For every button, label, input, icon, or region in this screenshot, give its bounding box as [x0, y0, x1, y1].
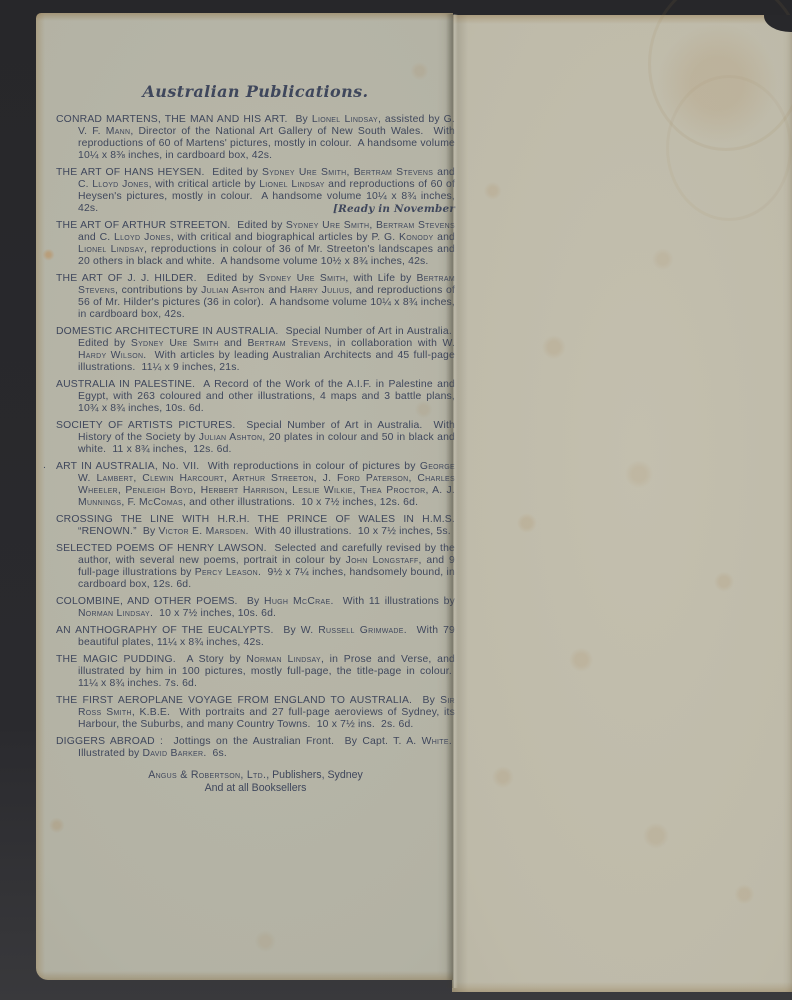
name-small-caps: Julian Ashton	[201, 285, 265, 296]
body-text: . With 11 illustrations by	[330, 596, 455, 607]
name-small-caps: Hugh McCrae	[264, 596, 330, 607]
name-small-caps: Lionel Lindsay	[259, 179, 325, 190]
catalog-entry: COLOMBINE, AND OTHER POEMS. By Hugh McCr…	[56, 596, 455, 620]
body-text: , with Life by	[345, 273, 416, 284]
catalog-entry: SELECTED POEMS OF HENRY LAWSON. Selected…	[56, 543, 455, 591]
body-text: and	[265, 285, 290, 296]
name-small-caps: Russell Grimwade	[318, 625, 404, 636]
body-text: THE ART OF ARTHUR STREETON. Edited by	[56, 220, 286, 231]
body-text: COLOMBINE, AND OTHER POEMS. By	[56, 596, 264, 607]
body-text: , contributions by	[115, 285, 201, 296]
page-fold	[446, 14, 458, 988]
body-text: , Publishers, Sydney	[266, 769, 363, 781]
ready-in-november-note: [Ready in November	[333, 203, 455, 215]
body-text: THE MAGIC PUDDING. A Story by	[56, 654, 246, 665]
name-small-caps: John Longstaff	[346, 555, 419, 566]
catalog-entry: THE ART OF J. J. HILDER. Edited by Sydne…	[56, 273, 455, 321]
name-small-caps: Victor E. Marsden	[158, 526, 245, 537]
name-small-caps: Munnings	[78, 497, 121, 508]
body-text: and	[219, 338, 248, 349]
body-text: . With 40 illustrations. 10 x 7½ inches,…	[246, 526, 451, 537]
body-text: , K.B.E. With portraits and 27 full-page…	[78, 707, 455, 730]
name-small-caps: Norman Lindsay	[78, 608, 150, 619]
catalog-entry: DOMESTIC ARCHITECTURE IN AUSTRALIA. Spec…	[56, 326, 455, 374]
body-text: , and other illustrations. 10 x 7½ inche…	[183, 497, 418, 508]
publisher-footer: Angus & Robertson, Ltd., Publishers, Syd…	[56, 769, 455, 795]
name-small-caps: Bertram Stevens	[247, 338, 328, 349]
body-text: THE ART OF J. J. HILDER. Edited by	[56, 273, 259, 284]
name-small-caps: Sydney Ure Smith	[259, 273, 346, 284]
body-text: and C.	[78, 232, 114, 243]
name-small-caps: Angus & Robertson, Ltd.	[148, 769, 266, 781]
name-small-caps: Hardy Wilson	[78, 350, 143, 361]
name-small-caps: Norman Lindsay	[246, 654, 321, 665]
catalog-entry: THE MAGIC PUDDING. A Story by Norman Lin…	[56, 654, 455, 690]
catalog-entry: CONRAD MARTENS, THE MAN AND HIS ART. By …	[56, 114, 455, 162]
catalog-entry: THE ART OF ARTHUR STREETON. Edited by Sy…	[56, 220, 455, 268]
body-text: THE ART OF HANS HEYSEN. Edited by	[56, 167, 262, 178]
catalog-entry: CROSSING THE LINE WITH H.R.H. THE PRINCE…	[56, 514, 455, 538]
body-text: . 10 x 7½ inches, 10s. 6d.	[150, 608, 276, 619]
name-small-caps: Sydney Ure Smith, Bertram Stevens	[262, 167, 433, 178]
name-small-caps: Harry Julius	[290, 285, 350, 296]
right-page	[452, 15, 792, 992]
name-small-caps: Konody	[399, 232, 433, 243]
body-text: , Director of the National Art Gallery o…	[78, 126, 455, 161]
body-text: THE FIRST AEROPLANE VOYAGE FROM ENGLAND …	[56, 695, 440, 706]
body-text: , with critical and biographical article…	[171, 232, 399, 243]
name-small-caps: Sydney Ure Smith	[131, 338, 219, 349]
body-text: , in collaboration with W.	[329, 338, 455, 349]
catalog-entry: THE FIRST AEROPLANE VOYAGE FROM ENGLAND …	[56, 695, 455, 731]
name-small-caps: Sydney Ure Smith, Bertram Stevens	[286, 220, 455, 231]
body-text: , with critical article by	[149, 179, 260, 190]
entries: CONRAD MARTENS, THE MAN AND HIS ART. By …	[56, 114, 455, 760]
margin-dot: .	[43, 460, 46, 472]
left-page: Australian Publications. CONRAD MARTENS,…	[36, 13, 453, 980]
name-small-caps: Lionel Lindsay	[312, 114, 378, 125]
body-text: DIGGERS ABROAD : Jottings on the Austral…	[56, 736, 422, 747]
name-small-caps: Mann	[106, 126, 131, 137]
name-small-caps: White	[422, 736, 449, 747]
page-title: Australian Publications.	[56, 82, 455, 101]
body-text: . 6s.	[203, 748, 227, 759]
catalog-entry: THE ART OF HANS HEYSEN. Edited by Sydney…	[56, 167, 455, 215]
name-small-caps: Lloyd Jones	[114, 232, 171, 243]
water-stain-ring	[666, 75, 792, 221]
catalog-entry: SOCIETY OF ARTISTS PICTURES. Special Num…	[56, 420, 455, 456]
name-small-caps: McComas	[139, 497, 183, 508]
publisher-line: Angus & Robertson, Ltd., Publishers, Syd…	[56, 769, 455, 782]
body-text: CONRAD MARTENS, THE MAN AND HIS ART. By	[56, 114, 312, 125]
body-text: , F.	[121, 497, 139, 508]
body-text: AUSTRALIA IN PALESTINE. A Record of the …	[56, 379, 455, 414]
catalog-entry: .ART IN AUSTRALIA, No. VII. With reprodu…	[56, 461, 455, 509]
catalog-entry: AN ANTHOGRAPHY OF THE EUCALYPTS. By W. R…	[56, 625, 455, 649]
book-photo: Australian Publications. CONRAD MARTENS,…	[0, 0, 792, 1000]
body-text: ART IN AUSTRALIA, No. VII. With reproduc…	[56, 461, 420, 472]
printed-content: Australian Publications. CONRAD MARTENS,…	[56, 82, 455, 795]
booksellers-line: And at all Booksellers	[56, 782, 455, 795]
body-text: AN ANTHOGRAPHY OF THE EUCALYPTS. By W.	[56, 625, 318, 636]
catalog-entry: DIGGERS ABROAD : Jottings on the Austral…	[56, 736, 455, 760]
name-small-caps: Julian Ashton	[199, 432, 263, 443]
name-small-caps: Lionel Lindsay	[78, 244, 144, 255]
name-small-caps: David Barker	[143, 748, 204, 759]
catalog-entry: AUSTRALIA IN PALESTINE. A Record of the …	[56, 379, 455, 415]
name-small-caps: Lloyd Jones	[92, 179, 148, 190]
name-small-caps: Percy Leason	[195, 567, 258, 578]
